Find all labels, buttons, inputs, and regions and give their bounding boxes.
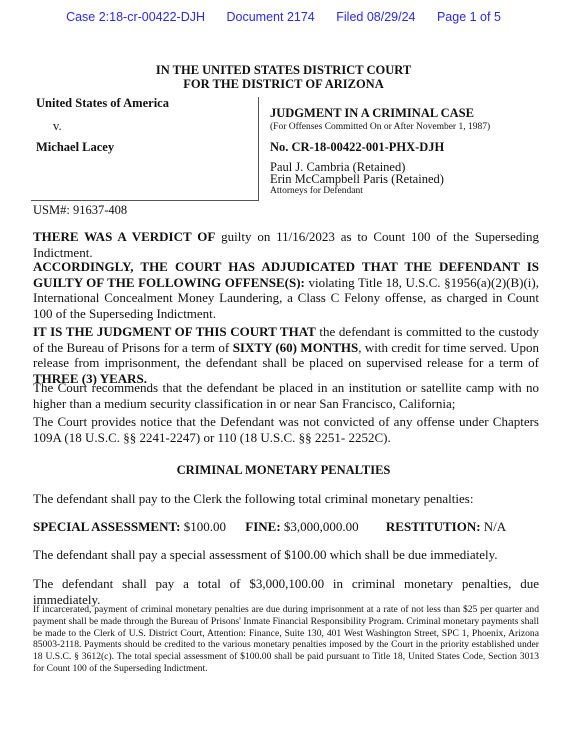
usm-number: USM#: 91637-408 (33, 203, 127, 218)
special-assessment-label: SPECIAL ASSESSMENT: (33, 519, 181, 534)
judgment-paragraph: IT IS THE JUDGMENT OF THIS COURT THAT th… (33, 324, 539, 386)
plaintiff-name: United States of America (36, 96, 169, 111)
document-number-stamp: Document 2174 (227, 10, 315, 24)
special-assessment-paragraph: The defendant shall pay a special assess… (33, 547, 539, 563)
penalty-summary: SPECIAL ASSESSMENT: $100.00 FINE: $3,000… (33, 519, 506, 535)
judgment-lead: IT IS THE JUDGMENT OF THIS COURT THAT (33, 324, 316, 339)
notice-paragraph: The Court provides notice that the Defen… (33, 414, 539, 445)
court-heading-line2: FOR THE DISTRICT OF ARIZONA (0, 77, 567, 91)
restitution: RESTITUTION: N/A (386, 519, 506, 534)
special-assessment: SPECIAL ASSESSMENT: $100.00 (33, 519, 226, 534)
penalties-heading: CRIMINAL MONETARY PENALTIES (0, 463, 567, 478)
attorney-name: Erin McCampbell Paris (Retained) (270, 173, 444, 185)
court-heading-line1: IN THE UNITED STATES DISTRICT COURT (0, 63, 567, 77)
verdict-lead: THERE WAS A VERDICT OF (33, 229, 215, 244)
judgment-subtitle: (For Offenses Committed On or After Nove… (270, 122, 490, 132)
payment-instructions: If incarcerated, payment of criminal mon… (33, 604, 539, 675)
court-heading: IN THE UNITED STATES DISTRICT COURT FOR … (0, 63, 567, 91)
filing-stamp: Case 2:18-cr-00422-DJH Document 2174 Fil… (0, 10, 567, 24)
verdict-paragraph: THERE WAS A VERDICT OF guilty on 11/16/2… (33, 229, 539, 260)
case-number: No. CR-18-00422-001-PHX-DJH (270, 140, 444, 155)
fine-label: FINE: (245, 519, 280, 534)
special-assessment-value: $100.00 (181, 519, 227, 534)
attorneys-label: Attorneys for Defendant (270, 186, 363, 196)
caption-horizontal-divider (31, 200, 259, 201)
restitution-value: N/A (481, 519, 507, 534)
fine: FINE: $3,000,000.00 (245, 519, 358, 534)
case-number-stamp: Case 2:18-cr-00422-DJH (66, 10, 205, 24)
adjudication-paragraph: ACCORDINGLY, THE COURT HAS ADJUDICATED T… (33, 259, 539, 321)
judgment-title: JUDGMENT IN A CRIMINAL CASE (270, 106, 474, 121)
attorney-list: Paul J. Cambria (Retained) Erin McCampbe… (270, 161, 444, 185)
custody-term: SIXTY (60) MONTHS (233, 340, 359, 355)
filed-date-stamp: Filed 08/29/24 (336, 10, 415, 24)
versus: v. (53, 119, 62, 134)
total-penalties-paragraph: The defendant shall pay a total of $3,00… (33, 576, 539, 607)
restitution-label: RESTITUTION: (386, 519, 481, 534)
page-count-stamp: Page 1 of 5 (437, 10, 501, 24)
fine-value: $3,000,000.00 (281, 519, 359, 534)
defendant-name: Michael Lacey (36, 140, 114, 155)
caption-vertical-divider (258, 97, 259, 201)
penalties-intro: The defendant shall pay to the Clerk the… (33, 491, 539, 507)
recommendation-paragraph: The Court recommends that the defendant … (33, 380, 539, 411)
